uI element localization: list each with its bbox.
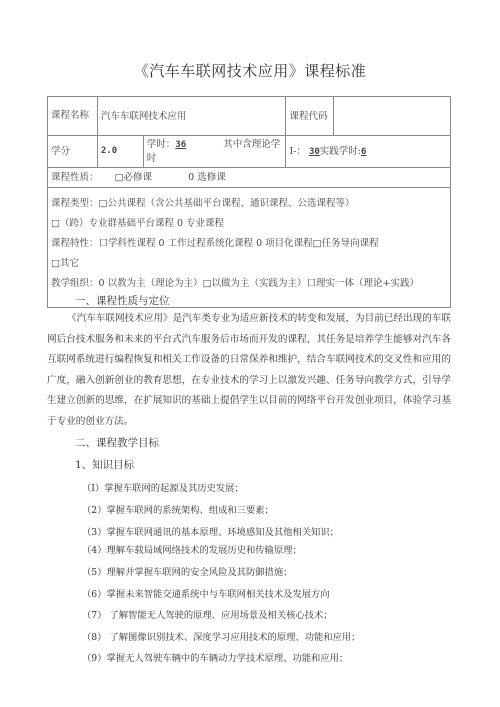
document-title: 《汽车车联网技术应用》课程标准 <box>0 60 500 81</box>
goal-item-6: （6）掌握未来智能交通系统中与车联网相关技术及发展方向 <box>82 586 330 600</box>
teaching-org-line: 教学组织：0 以教为主（理论为主）□以做为主（实践为主）口理实一体（理论+实践） <box>51 277 447 290</box>
theory-prefix: I-： <box>289 146 305 157</box>
credit-label: 学分 <box>48 136 98 168</box>
course-name-value: 汽车车联网技术应用 <box>97 97 286 136</box>
course-name-label: 课程名称 <box>48 97 98 136</box>
theory-hours-value: 30 <box>309 147 320 157</box>
goal-item-2: （2）掌握车联网的系统架构、组成和三要素； <box>82 502 274 516</box>
credit-value: 2.0 <box>97 136 143 168</box>
practice-hours-label: 实践学时: <box>320 146 361 157</box>
course-attributes-cell: 课程类型：□公共课程（含公共基础平台课程、通识课程、公选课程等） □（跨）专业群… <box>48 188 451 308</box>
course-trait-line: 课程特性：口学科性课程 0 工作过程系统化课程 0 项目化课程□任务导向课程 <box>51 237 447 250</box>
course-code-label: 课程代码 <box>286 97 334 136</box>
nature-label: 课程性质： <box>51 172 99 183</box>
practice-hours-value: 6 <box>361 147 366 157</box>
course-other-line: □其它 <box>51 257 447 270</box>
course-type-line1: 课程类型：□公共课程（含公共基础平台课程、通识课程、公选课程等） <box>51 197 447 210</box>
course-nature-row: 课程性质： □必修课 0 选修课 <box>48 168 451 188</box>
section1-paragraph: 《汽车车联网技术应用》是汽车类专业为适应新技术的转变和发展，为目前已经出现的车联… <box>47 309 451 432</box>
course-code-value <box>334 97 451 136</box>
goal-item-9: （9）掌握无人驾驶车辆中的车辆动力学技术原理、功能和应用； <box>82 650 348 664</box>
nature-required-option[interactable]: □必修课 <box>115 172 152 183</box>
goal-item-5: （5）理解并掌握车联网的安全风险及其防御措施； <box>82 564 292 578</box>
nature-elective-option[interactable]: 0 选修课 <box>188 172 226 183</box>
hours-value: 36 <box>175 140 186 150</box>
course-info-table: 课程名称 汽车车联网技术应用 课程代码 学分 2.0 学时：36 其中含理论学时… <box>47 96 451 308</box>
goal-item-1: （I）掌握车联网的起源及其历史发展； <box>82 480 244 494</box>
knowledge-goal-heading: 1、知识目标 <box>75 457 134 472</box>
goal-item-7: （7） 了解智能无人驾驶的原理、应用场景及相关核心技术； <box>82 607 333 621</box>
goal-item-3: （3）掌握车联网通讯的基本原理、环境感知及其他相关知识； <box>82 524 339 538</box>
hours-label: 学时： <box>147 139 176 150</box>
theory-practice-cell: I-： 30实践学时:6 <box>286 136 451 168</box>
hours-cell: 学时：36 其中含理论学时 <box>143 136 286 168</box>
goal-item-8: （8） 了解图像识别技术、深度学习应用技术的原理、功能和应用； <box>82 629 360 643</box>
goal-item-4: （4）理解车载局域网络技术的发展历史和传输原理； <box>82 542 302 556</box>
course-type-line2: □（跨）专业群基础平台课程 0 专业课程 <box>51 217 447 230</box>
section2-heading: 二、课程教学目标 <box>75 435 159 450</box>
section1-heading: 一、课程性质与定位 <box>75 293 170 308</box>
